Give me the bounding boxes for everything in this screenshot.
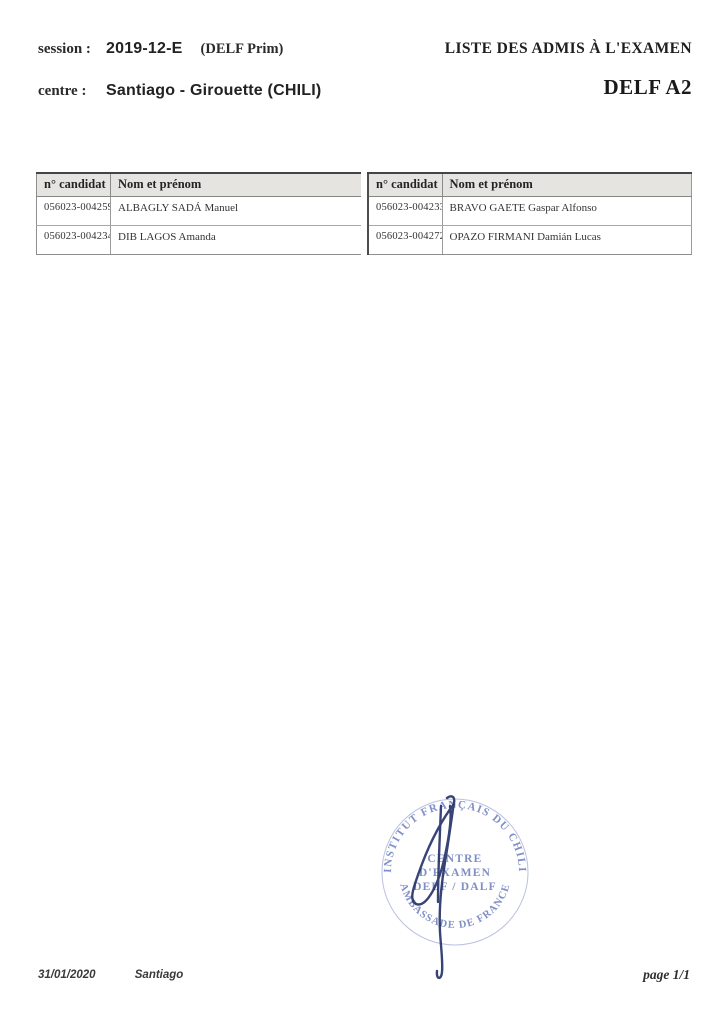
column-header-name: Nom et prénom xyxy=(442,173,692,197)
candidate-name-cell: ALBAGLY SADÁ Manuel xyxy=(111,197,362,226)
table-row: 056023-004234 DIB LAGOS Amanda xyxy=(37,226,362,255)
session-label: session : xyxy=(38,41,98,58)
exam-level-title: DELF A2 xyxy=(445,75,692,100)
column-header-name: Nom et prénom xyxy=(111,173,362,197)
document-header-right: LISTE DES ADMIS À L'EXAMEN DELF A2 xyxy=(445,40,692,100)
session-row: session : 2019-12-E (DELF Prim) xyxy=(38,40,283,58)
candidate-number-cell: 056023-004272 xyxy=(368,226,442,255)
admitted-candidates-tables: n° candidat Nom et prénom 056023-004259 … xyxy=(36,172,692,255)
admitted-table-left: n° candidat Nom et prénom 056023-004259 … xyxy=(36,172,361,255)
candidate-number-cell: 056023-004234 xyxy=(37,226,111,255)
page-title: LISTE DES ADMIS À L'EXAMEN xyxy=(445,40,692,58)
footer-date: 31/01/2020 xyxy=(38,969,96,981)
table-header-row: n° candidat Nom et prénom xyxy=(368,173,692,197)
table-row: 056023-004233 BRAVO GAETE Gaspar Alfonso xyxy=(368,197,692,226)
column-header-candidate-no: n° candidat xyxy=(37,173,111,197)
candidate-name-cell: BRAVO GAETE Gaspar Alfonso xyxy=(442,197,692,226)
page-number: page 1/1 xyxy=(643,967,690,983)
table-header-row: n° candidat Nom et prénom xyxy=(37,173,362,197)
column-header-candidate-no: n° candidat xyxy=(368,173,442,197)
centre-label: centre : xyxy=(38,83,98,100)
candidate-name-cell: OPAZO FIRMANI Damián Lucas xyxy=(442,226,692,255)
table-row: 056023-004259 ALBAGLY SADÁ Manuel xyxy=(37,197,362,226)
table-row: 056023-004272 OPAZO FIRMANI Damián Lucas xyxy=(368,226,692,255)
centre-row: centre : Santiago - Girouette (CHILI) xyxy=(38,82,321,100)
candidate-number-cell: 056023-004259 xyxy=(37,197,111,226)
signature-icon xyxy=(395,790,479,990)
footer-left: 31/01/2020 Santiago xyxy=(38,969,183,981)
session-value: 2019-12-E xyxy=(106,40,183,57)
admitted-table-right: n° candidat Nom et prénom 056023-004233 … xyxy=(367,172,692,255)
candidate-number-cell: 056023-004233 xyxy=(368,197,442,226)
scanned-document-page: session : 2019-12-E (DELF Prim) centre :… xyxy=(0,0,724,1024)
session-exam-type: (DELF Prim) xyxy=(201,41,284,57)
candidate-name-cell: DIB LAGOS Amanda xyxy=(111,226,362,255)
centre-value: Santiago - Girouette (CHILI) xyxy=(106,82,321,99)
signature xyxy=(395,790,479,990)
footer-city: Santiago xyxy=(135,969,184,981)
